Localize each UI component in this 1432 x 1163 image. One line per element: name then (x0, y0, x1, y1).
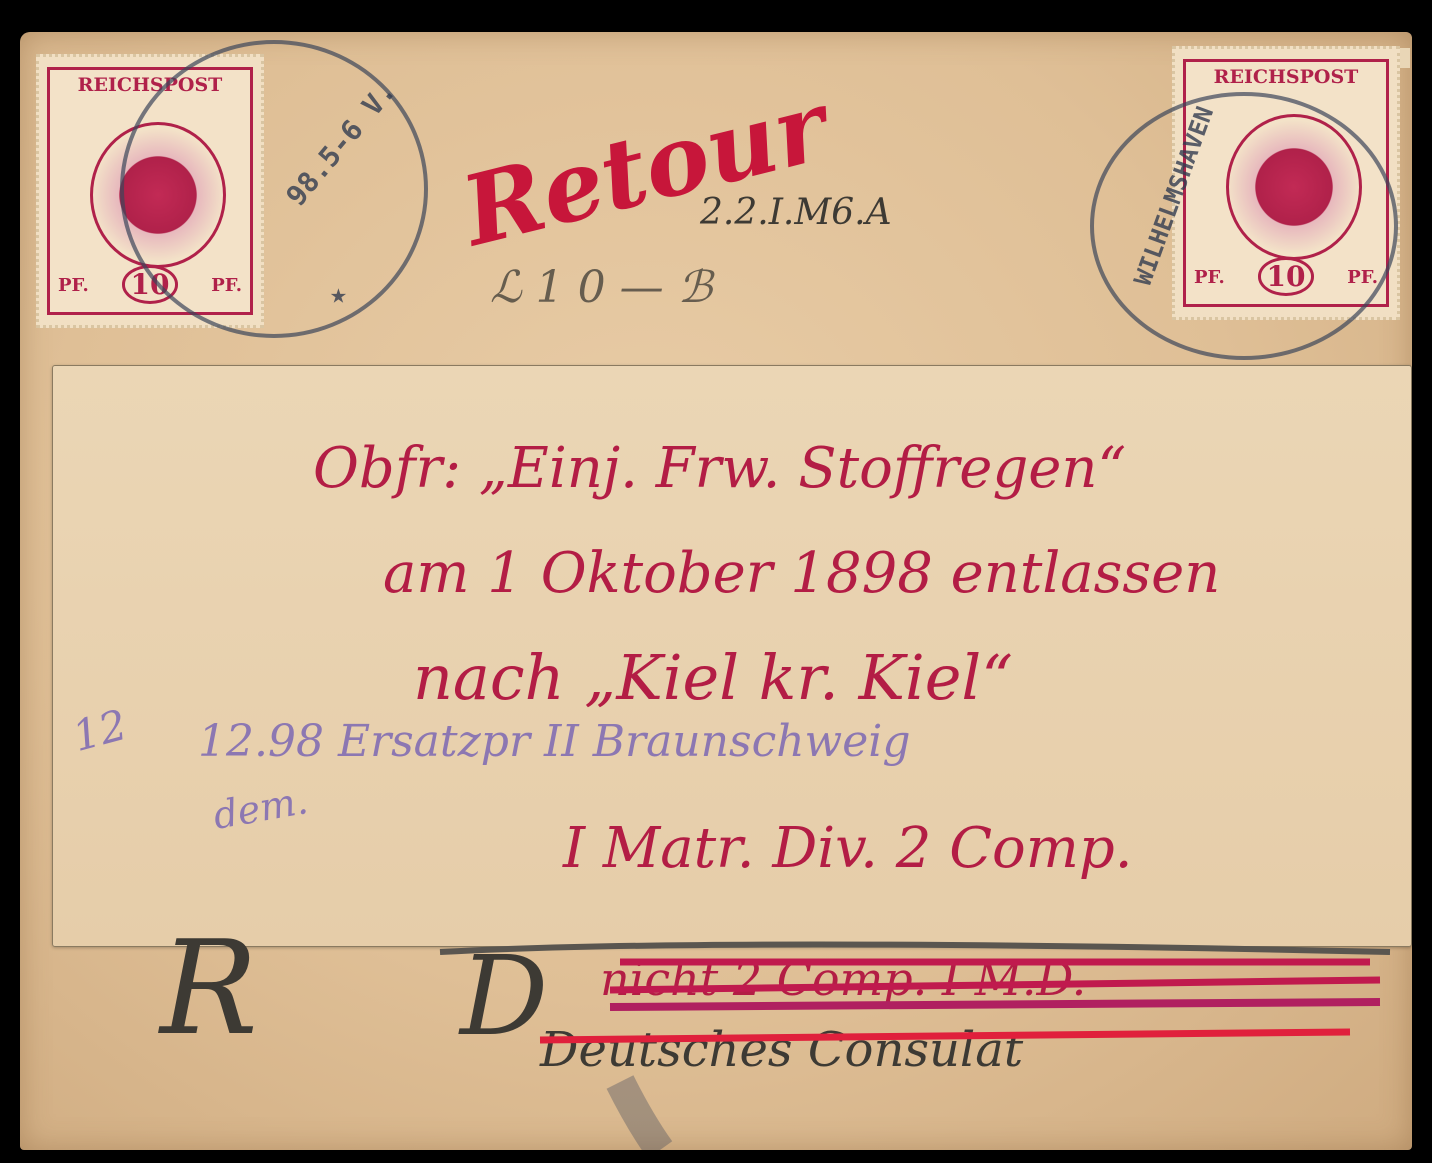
retour-mark: Retour (452, 69, 838, 268)
registered-mark: R (160, 912, 258, 1064)
postmark-star: ★ (330, 277, 347, 310)
envelope: REICHSPOST PF. 10 PF. 98.5-6 V. ★ REICHS… (20, 32, 1412, 1150)
struck-line-1: nicht 2 Comp. I M.D. (600, 952, 1086, 1006)
violet-note: 12.98 Ersatzpr II Braunschweig (198, 716, 911, 767)
address-line-1: Obfr: „Einj. Frw. Stoffregen“ (313, 436, 1126, 501)
upper-partial-text: ℒ 1 0 — ℬ (490, 262, 712, 313)
address-line-4: I Matr. Div. 2 Comp. (563, 816, 1133, 881)
initial-mark: D (460, 932, 548, 1060)
violet-note-2: dem. (210, 778, 311, 838)
address-line-3: nach „Kiel kr. Kiel“ (413, 641, 1013, 714)
postmark-right (1090, 92, 1398, 360)
stamp-unit: PF. (58, 275, 89, 304)
struck-line-2: Deutsches Consulat (540, 1022, 1023, 1078)
address-label: Obfr: „Einj. Frw. Stoffregen“ am 1 Oktob… (52, 365, 1412, 947)
violet-note-number: 12 (68, 700, 132, 761)
reference-number: 2.2.I.M6.A (700, 192, 892, 233)
address-line-2: am 1 Oktober 1898 entlassen (383, 541, 1220, 606)
stamp-header: REICHSPOST (1186, 66, 1386, 88)
